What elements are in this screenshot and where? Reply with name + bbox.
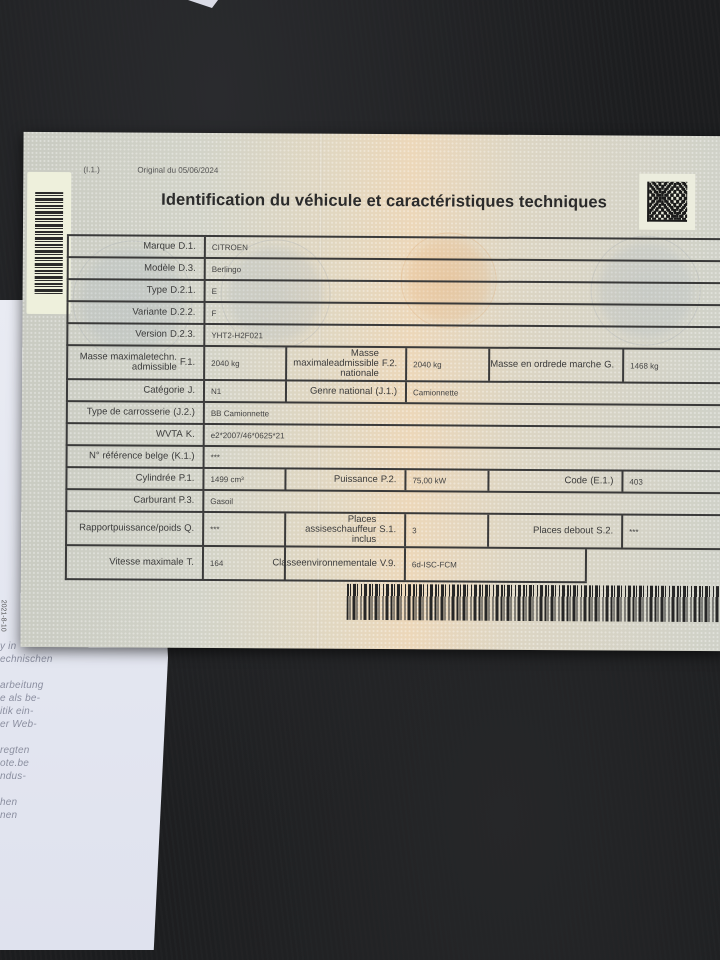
value-marque: CITROEN <box>206 237 720 260</box>
label-carrosserie: Type de carrosserie(J.2.) <box>68 402 205 423</box>
value-rapport: *** <box>204 513 286 546</box>
value-wvta: e2*2007/46*0625*21 <box>205 425 720 448</box>
value-version: YHT2-H2F021 <box>205 325 720 348</box>
value-places-debout: *** <box>623 516 720 549</box>
value-code-e1: 403 <box>623 472 720 493</box>
value-type: E <box>206 281 720 304</box>
value-puissance: 75,00 kW <box>406 470 489 491</box>
label-wvta: WVTAK. <box>68 424 205 445</box>
form-code: 2021-8-10 <box>0 600 7 632</box>
qr-code-icon <box>647 182 687 222</box>
label-variante: VarianteD.2.2. <box>68 302 205 323</box>
label-places-debout: Places deboutS.2. <box>489 515 623 548</box>
value-masse-nat: 2040 kg <box>407 348 490 381</box>
value-ref-belge: *** <box>205 447 720 470</box>
label-vitesse: Vitesse maximaleT. <box>67 546 204 579</box>
value-categorie: N1 <box>205 381 287 402</box>
label-classe-env: ClasseenvironnementaleV.9. <box>286 547 406 580</box>
value-genre: Camionnette <box>407 382 720 404</box>
underlying-sheet-text: y in echnischen arbeitung e als be- itik… <box>0 640 140 822</box>
label-modele: ModèleD.3. <box>69 258 206 279</box>
value-cylindree: 1499 cm³ <box>204 469 286 490</box>
datamatrix-sticker <box>639 174 695 230</box>
value-classe-env: 6d-ISC-FCM <box>406 548 587 581</box>
value-variante: F <box>205 303 720 326</box>
table-row-vitesse: Vitesse maximaleT. 164 Classeenvironneme… <box>65 546 587 583</box>
value-masse-tech: 2040 kg <box>205 347 287 380</box>
reference-code: (I.1.) <box>83 165 100 174</box>
label-puissance: PuissanceP.2. <box>286 469 406 490</box>
label-categorie: CatégorieJ. <box>68 380 205 401</box>
label-masse-tech: Masse maximaletechn. admissibleF.1. <box>68 346 205 379</box>
value-masse-ordre: 1468 kg <box>624 350 720 383</box>
label-type: TypeD.2.1. <box>69 280 206 301</box>
label-marque: MarqueD.1. <box>69 236 206 257</box>
label-places-assises: Places assiseschauffeur inclusS.1. <box>286 513 406 546</box>
label-rapport: Rapportpuissance/poidsQ. <box>67 512 204 545</box>
value-modele: Berlingo <box>206 259 720 282</box>
label-version: VersionD.2.3. <box>68 324 205 345</box>
label-masse-ordre: Masse en ordrede marcheG. <box>490 349 624 382</box>
value-carrosserie: BB Camionnette <box>205 403 720 426</box>
vehicle-data-table: MarqueD.1. CITROEN ModèleD.3. Berlingo T… <box>65 234 720 584</box>
label-carburant: CarburantP.3. <box>67 490 204 511</box>
horizontal-barcode <box>347 584 720 622</box>
barcode-icon <box>35 192 64 294</box>
vertical-barcode-sticker <box>26 172 71 314</box>
label-masse-nat: Masse maximaleadmissible nationaleF.2. <box>287 347 407 380</box>
value-carburant: Gasoil <box>204 491 720 514</box>
label-ref-belge: N° référence belge(K.1.) <box>68 446 205 467</box>
label-cylindree: CylindréeP.1. <box>67 468 204 489</box>
original-date: Original du 05/06/2024 <box>137 166 218 175</box>
label-genre: Genre national(J.1.) <box>287 381 407 402</box>
table-row-masses: Masse maximaletechn. admissibleF.1. 2040… <box>66 346 720 384</box>
value-places-assises: 3 <box>406 514 489 547</box>
table-row-places: Rapportpuissance/poidsQ. *** Places assi… <box>65 512 720 550</box>
label-code-e1: Code(E.1.) <box>489 471 623 492</box>
vehicle-registration-certificate: (I.1.) Original du 05/06/2024 Identifica… <box>20 132 720 651</box>
document-title: Identification du véhicule et caractéris… <box>161 191 607 213</box>
